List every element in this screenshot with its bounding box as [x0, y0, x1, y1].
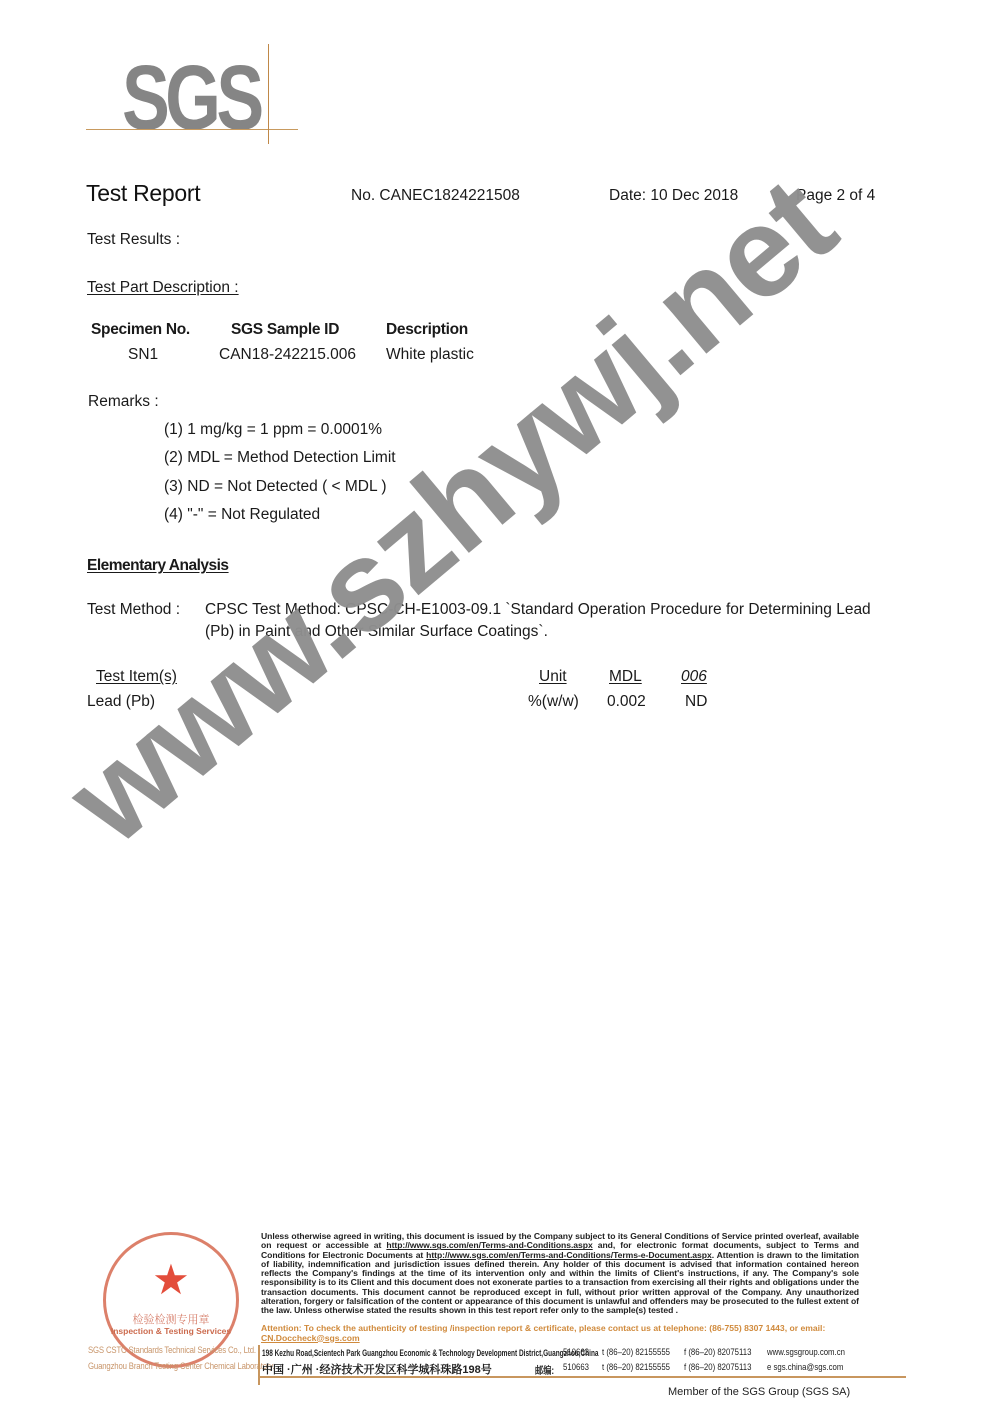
remark-item: (1) 1 mg/kg = 1 ppm = 0.0001%: [164, 421, 382, 439]
report-date: Date: 10 Dec 2018: [609, 187, 738, 205]
page-indicator: Page 2 of 4: [796, 187, 875, 205]
sample-id-cell: CAN18-242215.006: [219, 346, 356, 364]
phone-number: t (86–20) 82155555: [602, 1347, 670, 1358]
disclaimer-text: . Attention is drawn to the limitation o…: [261, 1250, 859, 1316]
mdl-header: MDL: [609, 668, 642, 686]
fax-number: f (86–20) 82075113: [684, 1347, 751, 1358]
page-title: Test Report: [86, 180, 200, 207]
test-part-description-label: Test Part Description :: [87, 279, 239, 297]
logo-vertical-rule: [268, 44, 269, 144]
description-header: Description: [386, 321, 468, 339]
specimen-no-cell: SN1: [128, 346, 158, 364]
unit-header: Unit: [539, 668, 567, 686]
remarks-label: Remarks :: [88, 393, 159, 411]
sgs-logo-text: SGS: [122, 52, 260, 144]
unit-cell: %(w/w): [528, 693, 579, 711]
sample-006-header: 006: [681, 668, 707, 686]
test-method-label: Test Method :: [87, 601, 180, 619]
remark-item: (4) "-" = Not Regulated: [164, 506, 320, 524]
stamp-en-text: Inspection & Testing Services: [106, 1326, 236, 1336]
test-item-header: Test Item(s): [96, 668, 177, 686]
specimen-header: Specimen No.: [91, 321, 190, 339]
address-english: 198 Kezhu Road,Scientech Park Guangzhou …: [262, 1348, 599, 1358]
stamp-cn-text: 检验检测专用章: [106, 1311, 236, 1327]
mdl-cell: 0.002: [607, 693, 646, 711]
description-cell: White plastic: [386, 346, 474, 364]
remark-item: (3) ND = Not Detected ( < MDL ): [164, 478, 387, 496]
remark-item: (2) MDL = Method Detection Limit: [164, 449, 396, 467]
postcode: 510663: [563, 1347, 589, 1358]
analysis-title: Elementary Analysis: [87, 557, 229, 575]
lab-name-line2: Guangzhou Branch Testing Center Chemical…: [88, 1361, 274, 1372]
test-method-line2: (Pb) in Paint and Other Similar Surface …: [205, 623, 548, 641]
star-icon: ★: [152, 1259, 190, 1301]
phone-number: t (86–20) 82155555: [602, 1362, 670, 1373]
sgs-group-membership: Member of the SGS Group (SGS SA): [668, 1386, 850, 1398]
attention-text: Attention: To check the authenticity of …: [261, 1323, 825, 1333]
address-chinese: 中国 ·广州 ·经济技术开发区科学城科珠路198号: [262, 1361, 492, 1377]
doccheck-email-link[interactable]: CN.Doccheck@sgs.com: [261, 1333, 360, 1343]
sample-id-header: SGS Sample ID: [231, 321, 339, 339]
lab-name-line1: SGS CSTC Standards Technical Services Co…: [88, 1345, 256, 1356]
footer-vertical-rule: [258, 1345, 260, 1385]
legal-disclaimer: Unless otherwise agreed in writing, this…: [261, 1232, 859, 1316]
test-results-label: Test Results :: [87, 231, 180, 249]
test-method-line1: CPSC Test Method: CPSC-CH-E1003-09.1 `St…: [205, 601, 871, 619]
logo-horizontal-rule: [86, 129, 298, 130]
postcode-label: 邮编:: [535, 1362, 554, 1377]
postcode: 510663: [563, 1362, 589, 1373]
email-link[interactable]: e sgs.china@sgs.com: [767, 1362, 843, 1373]
test-item-cell: Lead (Pb): [87, 693, 155, 711]
website-link[interactable]: www.sgsgroup.com.cn: [767, 1347, 845, 1358]
report-number: No. CANEC1824221508: [351, 187, 520, 205]
authenticity-notice: Attention: To check the authenticity of …: [261, 1324, 861, 1343]
result-cell: ND: [685, 693, 707, 711]
footer-horizontal-rule: [258, 1376, 906, 1378]
fax-number: f (86–20) 82075113: [684, 1362, 751, 1373]
